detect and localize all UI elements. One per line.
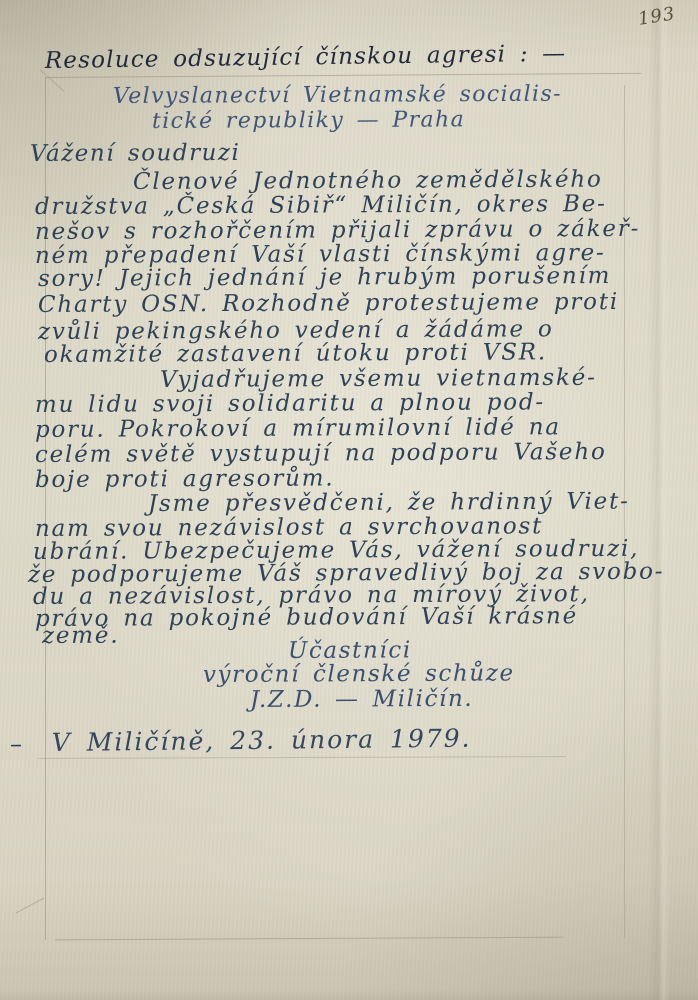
- paper-crease: [648, 0, 670, 1000]
- body-line-12: celém světě vystupují na podporu Vašeho: [35, 439, 607, 468]
- page-number: 193: [637, 3, 677, 30]
- body-line-10: mu lidu svoji solidaritu a plnou pod-: [35, 389, 545, 418]
- dateline: V Miličíně, 23. února 1979.: [52, 724, 472, 757]
- body-line-13: boje proti agresorům.: [35, 465, 335, 493]
- signature-line-3: J.Z.D. — Miličín.: [250, 686, 474, 713]
- body-line-20: země.: [42, 623, 120, 649]
- pencil-dateline-underline: [38, 756, 566, 759]
- scanned-document-page: 193 Resoluce odsuzující čínskou agresi :…: [0, 0, 698, 1000]
- pencil-frame-top-line: [45, 73, 641, 78]
- body-line-14: Jsme přesvědčeni, že hrdinný Viet-: [148, 488, 630, 517]
- document-heading: Resoluce odsuzující čínskou agresi : —: [45, 41, 567, 74]
- pencil-frame-bottom-line: [55, 937, 563, 941]
- address-line-2: tické republiky — Praha: [152, 107, 465, 134]
- address-line-1: Velvyslanectví Vietnamské socialis-: [113, 82, 562, 109]
- body-line-8: okamžité zastavení útoku proti VSR.: [44, 339, 547, 368]
- pencil-corner-mark-bottom-left: [16, 898, 45, 914]
- margin-dash-mark: –: [10, 730, 22, 758]
- body-line-5: sory! Jejich jednání je hrubým porušením: [38, 263, 611, 292]
- body-line-6: Charty OSN. Rozhodně protestujeme proti: [38, 289, 619, 318]
- salutation: Vážení soudruzi: [30, 140, 241, 167]
- signature-line-2: výroční členské schůze: [203, 660, 515, 688]
